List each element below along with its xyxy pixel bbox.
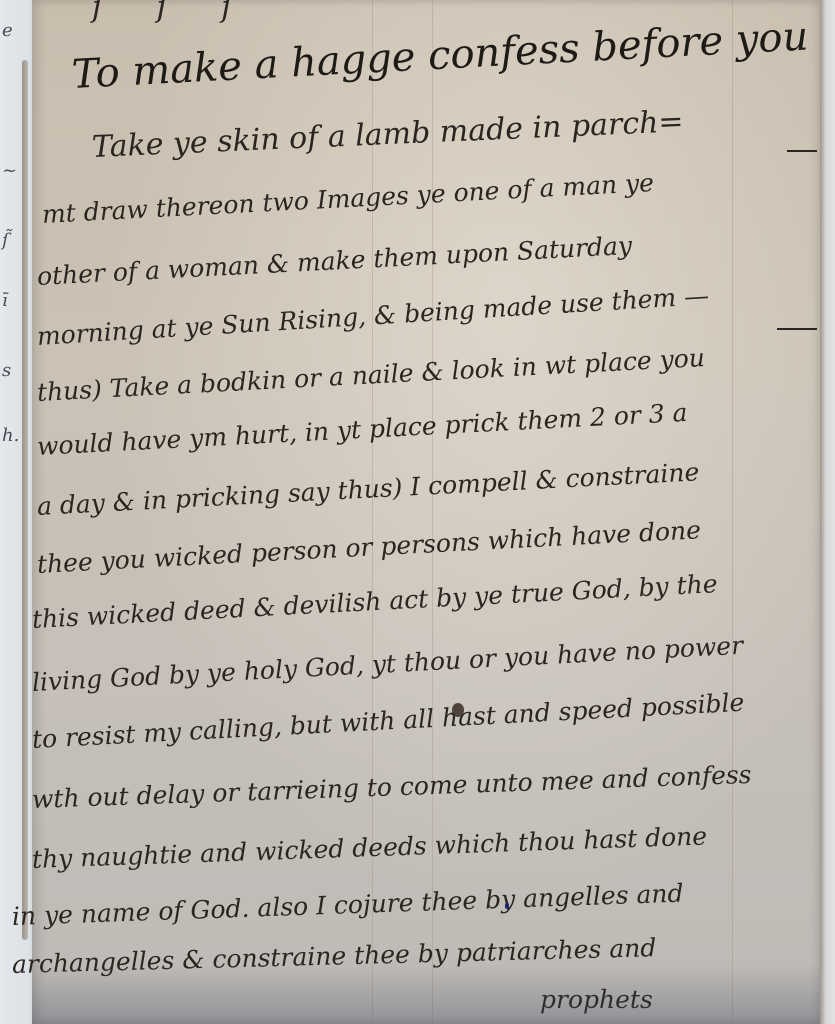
margin-fragment: h. <box>2 425 19 446</box>
margin-fragment: s <box>2 360 11 381</box>
ink-blot <box>452 703 464 717</box>
page-right-edge <box>820 0 835 1024</box>
binding-edge <box>22 60 28 940</box>
margin-fragment: ſ̃ <box>2 230 9 251</box>
manuscript-line: other of a woman & make them upon Saturd… <box>36 231 632 291</box>
manuscript-line: in ye name of God. also I cojure thee by… <box>11 879 683 931</box>
margin-fragment: ~ <box>2 160 17 181</box>
manuscript-line: thus) Take a bodkin or a naile & look in… <box>36 343 705 407</box>
manuscript-line: living God by ye holy God, yt thou or yo… <box>31 631 743 697</box>
manuscript-line: Take ye skin of a lamb made in parch= <box>91 104 684 165</box>
ruling-line <box>372 0 373 1024</box>
manuscript-line: this wicked deed & devilish act by ye tr… <box>31 569 718 634</box>
manuscript-line-catchword: prophets <box>540 985 653 1014</box>
manuscript-line: a day & in pricking say thus) I compell … <box>36 457 700 521</box>
ruling-line <box>432 0 433 1024</box>
previous-text-fragment: ſ ſ ſ <box>92 0 254 25</box>
line-end-dash <box>787 150 817 152</box>
ruling-line <box>732 0 733 1024</box>
manuscript-line: to resist my calling, but with all hast … <box>31 688 745 754</box>
ink-spot <box>505 903 509 909</box>
manuscript-line: archangelles & constraine thee by patria… <box>12 933 657 979</box>
manuscript-line: would have ym hurt, in yt place prick th… <box>36 398 688 461</box>
margin-fragment: ī <box>2 290 8 311</box>
manuscript-page: ſ ſ ſ To make a hagge confess before you… <box>32 0 820 1024</box>
margin-fragment: e <box>2 20 13 41</box>
manuscript-line: thy naughtie and wicked deeds which thou… <box>31 821 707 874</box>
manuscript-line: wth out delay or tarrieing to come unto … <box>31 760 751 814</box>
line-end-dash <box>777 328 817 330</box>
manuscript-line: thee you wicked person or persons which … <box>36 515 701 579</box>
manuscript-line: mt draw thereon two Images ye one of a m… <box>41 168 654 229</box>
recipe-heading: To make a hagge confess before you <box>71 13 810 98</box>
